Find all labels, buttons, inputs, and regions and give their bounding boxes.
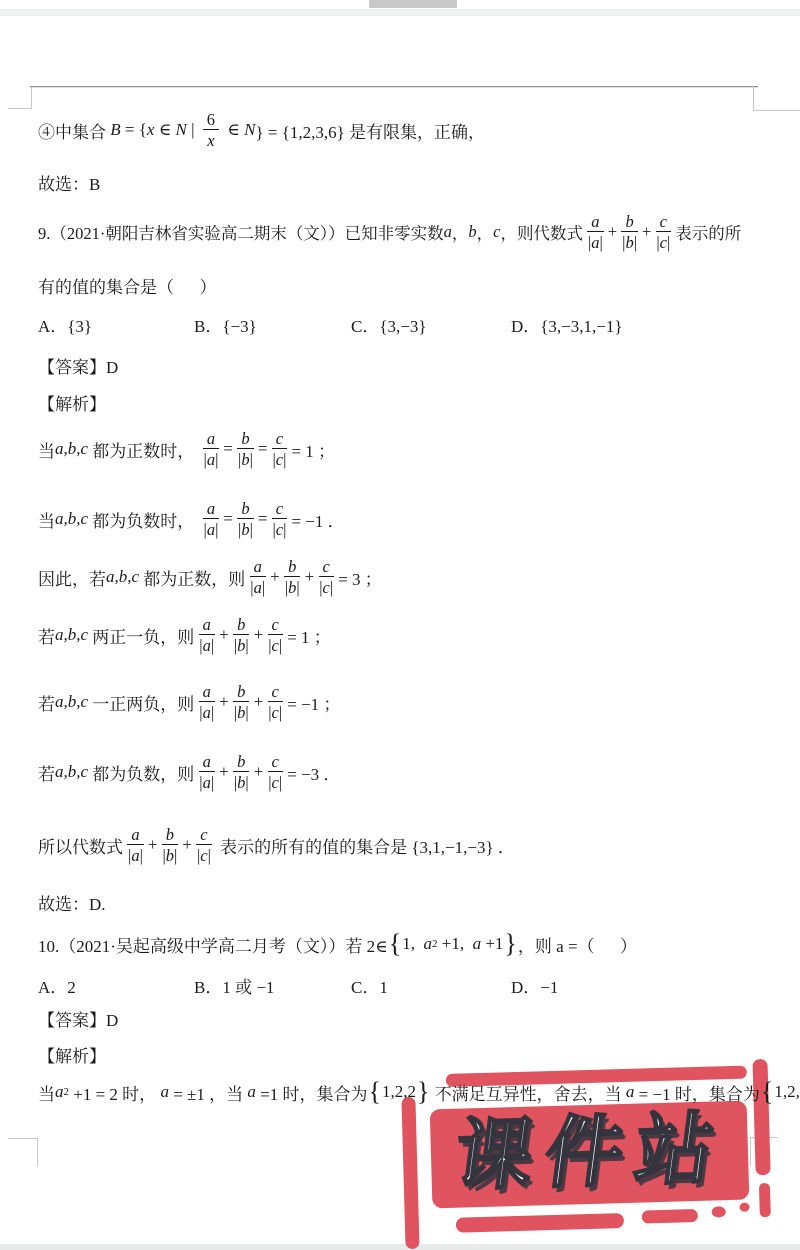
solution-line-sum-neg3: 若a,b,c 都为负数，则a|a|+b|b|+c|c|= −3 ． xyxy=(38,747,340,797)
solution-line-all-positive: 当a,b,c 都为正数时， a|a|=b|b|=c|c|= 1 ； xyxy=(38,424,335,474)
statement-set-b-line: ④中集合 B = {x ∈ N | 6x ∈ N} = {1,2,3,6} 是有… xyxy=(38,102,485,158)
page-tab-marker xyxy=(369,0,457,8)
problem-9-options-row: A．{3} B．{−3} C．{3,−3} D．{3,−3,1,−1} xyxy=(38,312,623,337)
crop-mark-top-right xyxy=(753,86,800,111)
solution-line-sum-1: 若a,b,c 两正一负，则a|a|+b|b|+c|c|= 1 ； xyxy=(38,610,331,660)
stamp-frame-bottom-2 xyxy=(642,1209,698,1224)
option-d: D．−1 xyxy=(511,973,558,998)
stamp-text: 课件站 xyxy=(426,1107,753,1206)
crop-mark-bottom-left xyxy=(8,1138,38,1167)
page-gap-band-top xyxy=(0,9,800,16)
option-a: A．{3} xyxy=(38,312,194,337)
option-b: B．1 或 −1 xyxy=(194,973,351,998)
option-a: A．2 xyxy=(38,973,194,998)
crop-mark-top-left xyxy=(8,87,32,109)
option-c: C．1 xyxy=(351,973,511,998)
option-d: D．{3,−3,1,−1} xyxy=(511,312,623,337)
stamp-frame-dot xyxy=(712,1206,726,1217)
problem-9-answer: 【答案】D xyxy=(38,353,118,378)
stamp-frame-left xyxy=(401,1097,419,1249)
solution-line-conclusion: 所以代数式a|a|+b|b|+c|c| 表示的所有的值的集合是 {3,1,−1,… xyxy=(38,820,515,870)
stamp-frame-dot-2 xyxy=(739,1203,749,1212)
problem-10-solution-line: 当a2 +1 = 2 时， a = ±1 ，当 a =1 时，集合为{1,2,2… xyxy=(38,1076,800,1108)
answer-choice-line-9: 故选：D. xyxy=(38,890,106,915)
stamp-frame-right-2 xyxy=(759,1183,771,1217)
stamp-frame-bottom xyxy=(456,1213,624,1233)
solution-line-sum-neg1: 若a,b,c 一正两负，则a|a|+b|b|+c|c|= −1 ； xyxy=(38,677,340,727)
answer-choice-line-8: 故选：B xyxy=(38,170,100,195)
problem-9-heading-wrap: 有的值的集合是（ ） xyxy=(38,273,217,298)
problem-10-analysis-label: 【解析】 xyxy=(38,1042,106,1067)
problem-9-heading: 9.（2021·朝阳吉林省实验高二期末（文））已知非零实数a，b，c，则代数式a… xyxy=(38,203,741,261)
problem-9-analysis-label: 【解析】 xyxy=(38,390,106,415)
solution-line-sum-3: 因此，若a,b,c 都为正数，则a|a|+b|b|+c|c|= 3 ； xyxy=(38,552,382,602)
problem-10-heading: 10.（2021·吴起高级中学高二月考（文））若 2∈{1, a2 +1, a … xyxy=(38,928,637,960)
problem-10-answer: 【答案】D xyxy=(38,1006,118,1031)
problem-10-options-row: A．2 B．1 或 −1 C．1 D．−1 xyxy=(38,973,558,998)
option-c: C．{3,−3} xyxy=(351,312,511,337)
page-gap-band-bottom xyxy=(0,1244,800,1250)
solution-line-all-negative: 当a,b,c 都为负数时， a|a|=b|b|=c|c|= −1 ． xyxy=(38,494,345,544)
header-rule xyxy=(30,86,758,88)
option-b: B．{−3} xyxy=(194,312,351,337)
